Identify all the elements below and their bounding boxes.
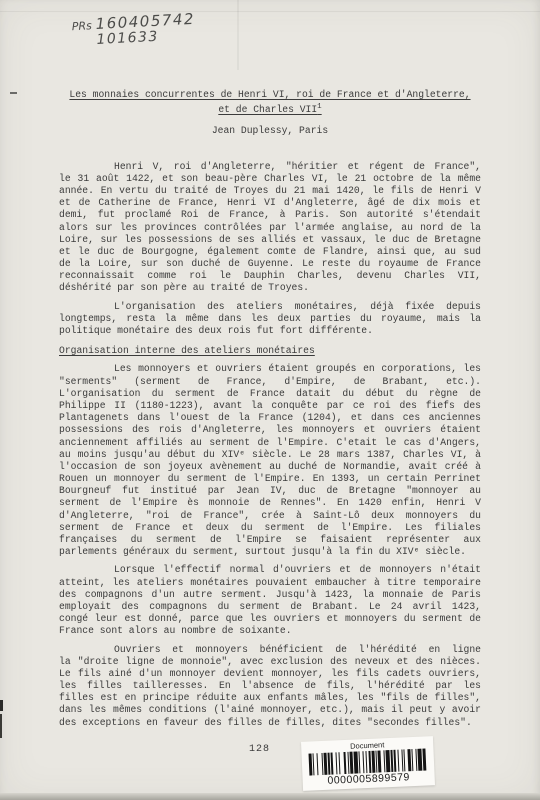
scan-crease-vertical (237, 0, 239, 70)
text-line: de la Loire, sur son duché de Guyenne. L… (59, 258, 481, 270)
text-line: parlements généraux du serment, surtout … (59, 546, 481, 558)
document-content: Les monnaies concurrentes de Henri VI, r… (59, 89, 481, 729)
text-line: congé leur est donné, parce que les ouvr… (59, 613, 481, 625)
text-line: d'Angleterre, "roi de France", crée à Sa… (59, 510, 481, 522)
page-number: 128 (249, 744, 270, 755)
text-line: reconnaissait comme roi le Dauphin Charl… (59, 270, 481, 282)
text-line: et de Catherine de France, Henri VI d'An… (59, 197, 481, 209)
page-bottom-edge (0, 793, 540, 800)
title-line-2-text: et de Charles VII (218, 104, 317, 115)
text-line: atteint, les ateliers monétaires pouvaie… (59, 577, 481, 589)
text-line: anciennement affiliés au serment de l'Em… (59, 437, 481, 449)
author-line: Jean Duplessy, Paris (59, 125, 481, 137)
barcode-label-text: Document (350, 740, 385, 750)
text-line: le 31 août 1422, et son beau-père Charle… (59, 173, 481, 185)
text-line: L'organisation des ateliers monétaires, … (59, 301, 481, 313)
text-line: employait des compagnons du serment de B… (59, 601, 481, 613)
text-line: "serments" (serment de France, d'Empire,… (59, 376, 481, 388)
text-line: politique monétaire des deux rois fut fo… (59, 325, 481, 337)
text-line: L'organisation du serment de France data… (59, 388, 481, 400)
barcode-number: 0000005899579 (327, 771, 410, 788)
handwritten-prefix: PRs (71, 19, 92, 33)
text-line: au moins jusqu'au début du XIVᵉ siècle. … (59, 449, 481, 461)
scan-edge-smudge (0, 700, 3, 711)
text-line: Philippe II (1180-1223), avant la conquê… (59, 400, 481, 412)
text-line: les filles tailleresses. En l'absence de… (59, 680, 481, 692)
text-line: Lorsque l'effectif normal d'ouvriers et … (59, 564, 481, 576)
barcode-sticker: Document 0000005899579 (301, 736, 435, 791)
text-line: Loire, sur les possessions de ses alliés… (59, 234, 481, 246)
document-title: Les monnaies concurrentes de Henri VI, r… (59, 89, 481, 113)
text-line: dans les mêmes conditions (l'ainé monnoy… (59, 704, 481, 716)
paragraph: Lorsque l'effectif normal d'ouvriers et … (59, 564, 481, 637)
text-line: Ouvriers et monnoyers bénéficient de l'h… (59, 644, 481, 656)
text-line: déshérité par son père au traité de Troy… (59, 282, 481, 294)
text-line: des compagnons d'un autre serment. Jusqu… (59, 589, 481, 601)
text-line: l'occasion de son joyeux avènement au du… (59, 461, 481, 473)
title-line-2: et de Charles VII1 (59, 101, 481, 113)
scanned-page: PRs160405742 101633 Les monnaies concurr… (0, 0, 540, 800)
text-line: Le fils ainé d'un monnoyer devient monno… (59, 668, 481, 680)
paragraph: Les monnoyers et ouvriers étaient groupé… (59, 363, 481, 558)
text-line: demi, fut proclamé Roi de France, à Pari… (59, 209, 481, 221)
text-line: Bourgneuf fut institué par Jean IV, duc … (59, 485, 481, 497)
text-line: Plantagenets dans l'ouest de la France (… (59, 412, 481, 424)
text-line: et le duc de Bourgogne, également comte … (59, 246, 481, 258)
text-line: année. En vertu du traité de Troyes du 2… (59, 185, 481, 197)
margin-mark (10, 92, 17, 94)
text-line: serment de l'Empire ès monnoie de Rennes… (59, 497, 481, 509)
paragraph: L'organisation des ateliers monétaires, … (59, 301, 481, 338)
handwritten-note: PRs160405742 101633 (71, 10, 196, 49)
title-line-1: Les monnaies concurrentes de Henri VI, r… (59, 89, 481, 101)
text-line: françaises du serment de l'Empire se fai… (59, 534, 481, 546)
text-line: longtemps, resta la même dans les deux p… (59, 313, 481, 325)
text-line: la "droite ligne de monnoie", avec exclu… (59, 656, 481, 668)
footnote-marker: 1 (317, 103, 322, 111)
scan-crease-horizontal (0, 11, 540, 12)
document-body: Henri V, roi d'Angleterre, "héritier et … (59, 161, 481, 729)
paragraph: Henri V, roi d'Angleterre, "héritier et … (59, 161, 481, 295)
text-line: des exceptions en faveur des filles de f… (59, 717, 481, 729)
text-line: filles est en principe réduite aux enfan… (59, 692, 481, 704)
scan-edge-smudge (0, 714, 2, 738)
text-line: alors sur les provinces contrôlées par l… (59, 222, 481, 234)
text-line: serment de France et deux du serment de … (59, 522, 481, 534)
text-line: possessions des rois d'Angleterre, les m… (59, 424, 481, 436)
text-line: Henri V, roi d'Angleterre, "héritier et … (59, 161, 481, 173)
text-line: Rouen un monnoyer du serment de l'Empire… (59, 473, 481, 485)
text-line: Les monnoyers et ouvriers étaient groupé… (59, 363, 481, 375)
section-heading: Organisation interne des ateliers monéta… (59, 345, 481, 357)
text-line: France sont alors au nombre de soixante. (59, 625, 481, 637)
paragraph: Ouvriers et monnoyers bénéficient de l'h… (59, 644, 481, 729)
